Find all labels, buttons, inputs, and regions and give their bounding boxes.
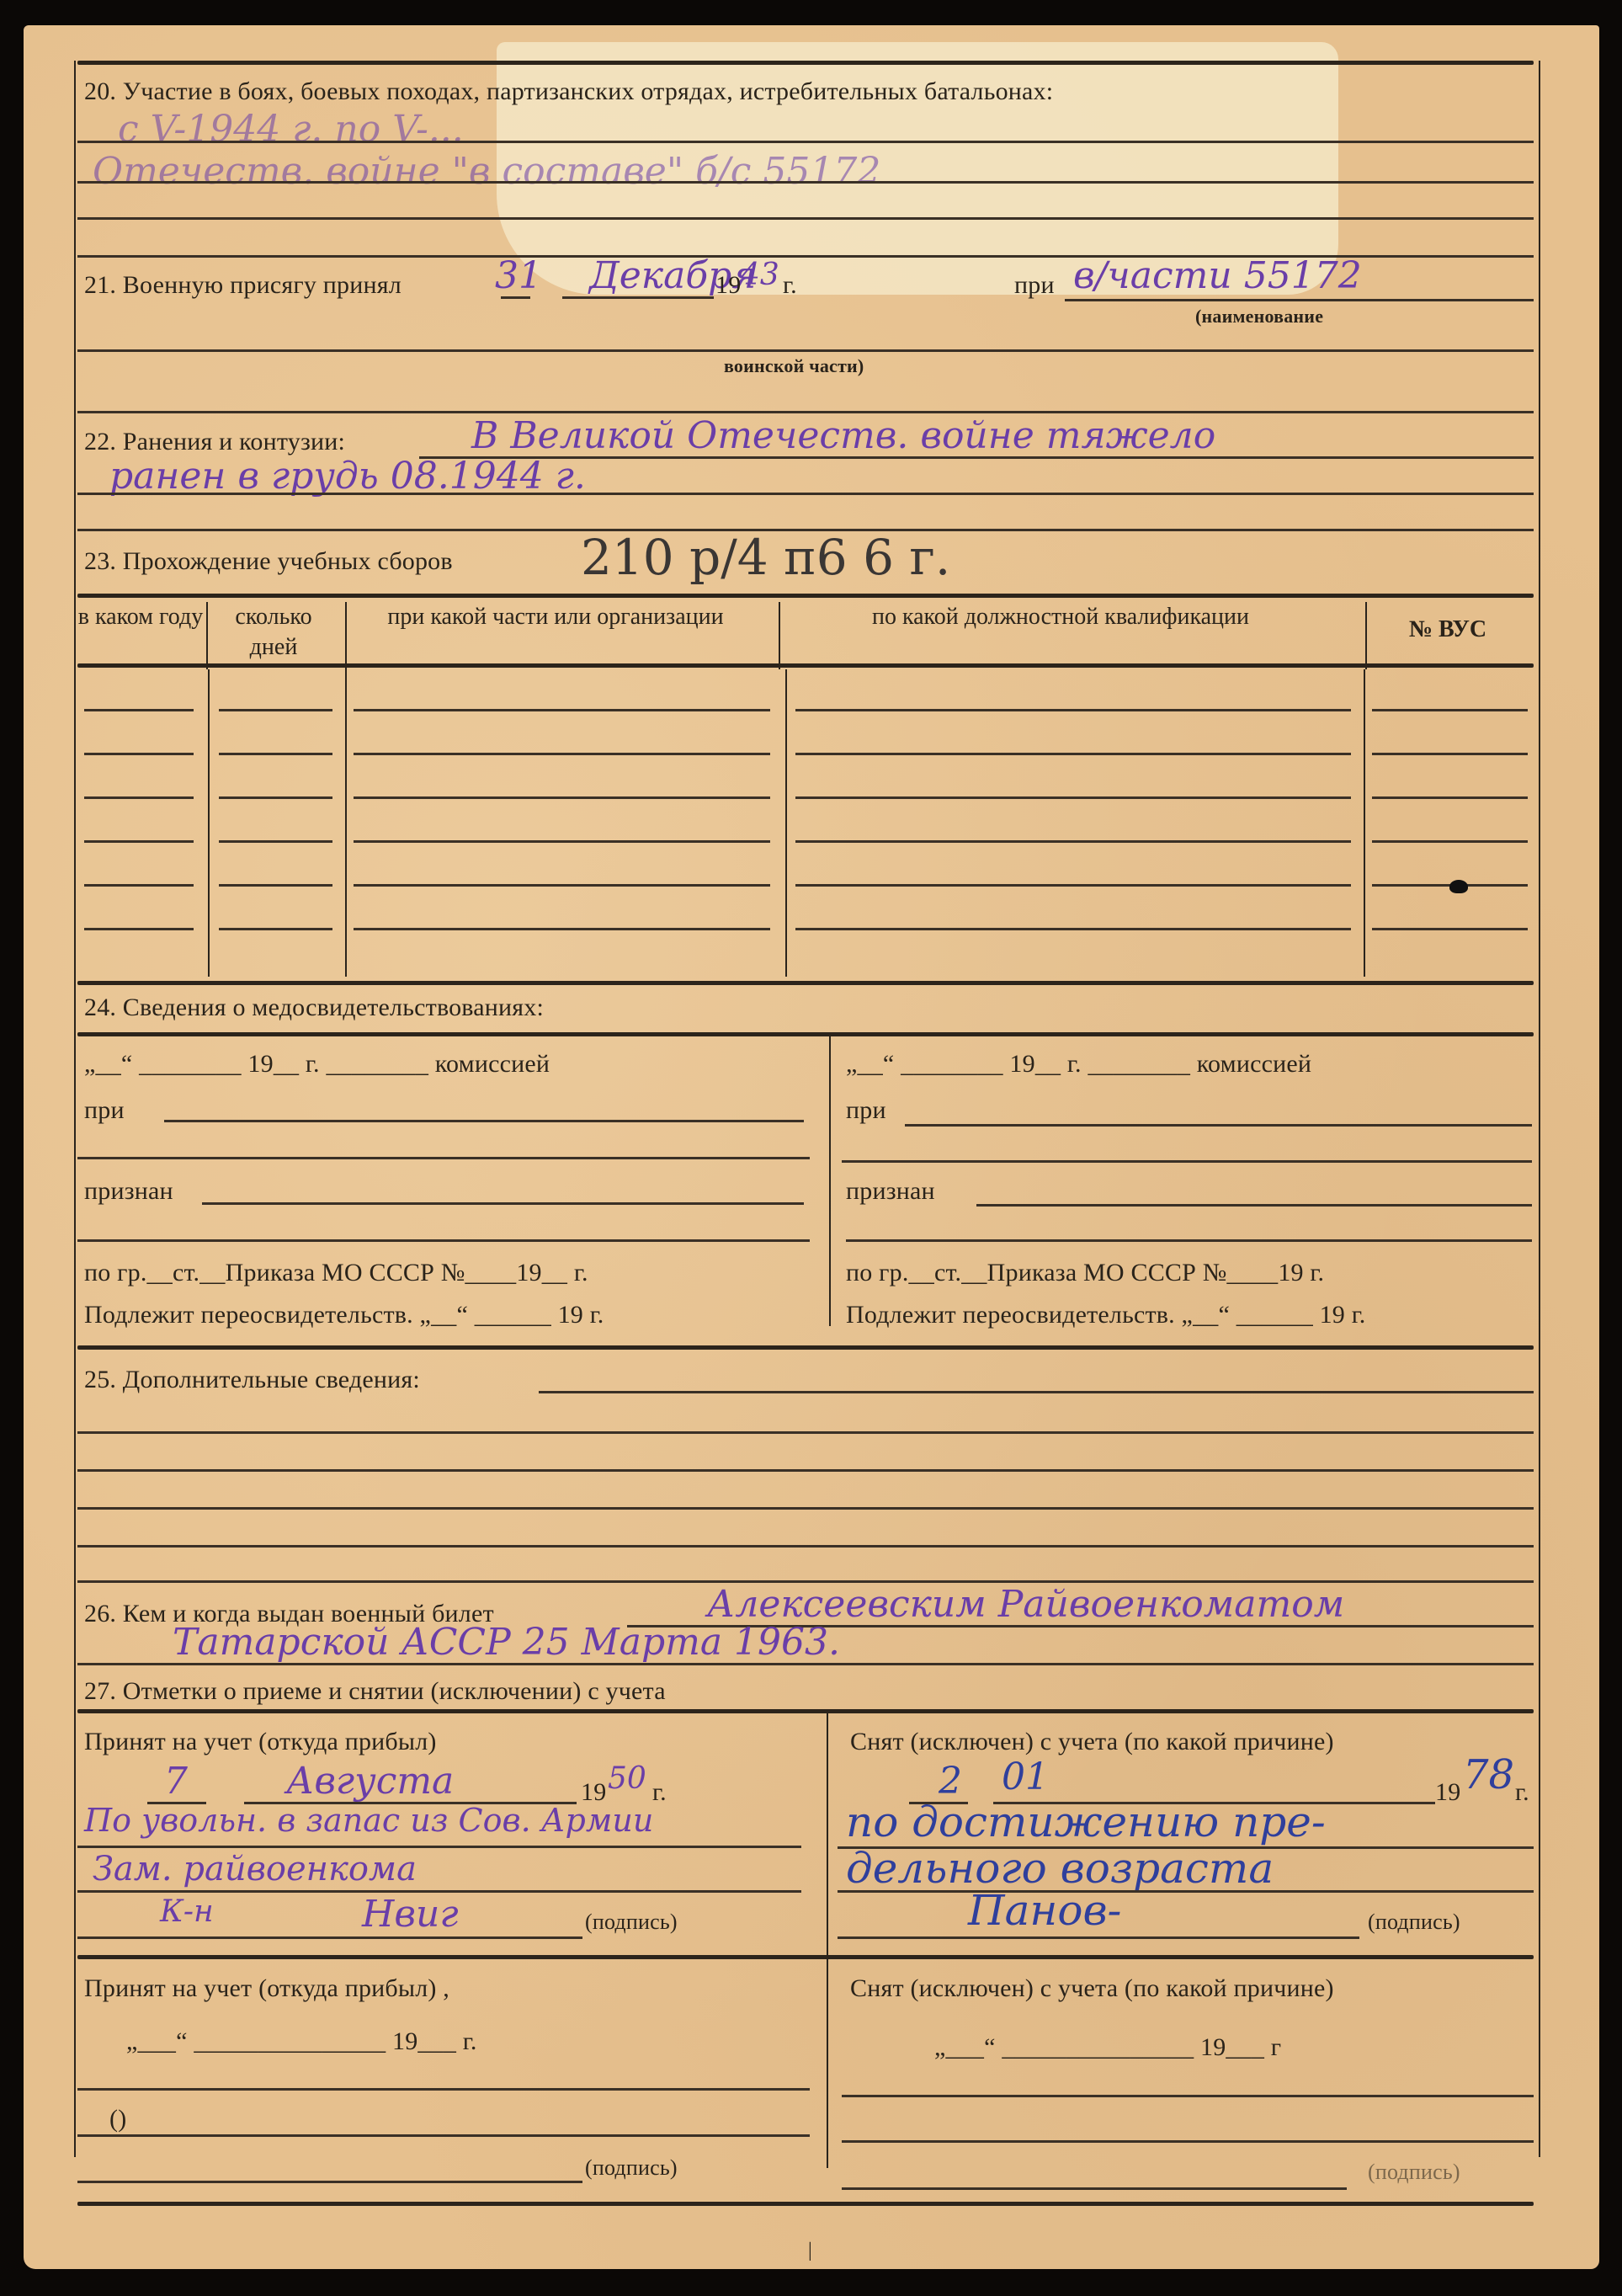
issued-by-hand-line1: Алексеевским Райвоенкоматом bbox=[707, 1583, 1344, 1626]
section-22-label: 22. Ранения и контузии: bbox=[84, 428, 345, 456]
field-line bbox=[842, 1160, 1532, 1163]
column-divider bbox=[827, 1713, 828, 2168]
oath-unit: в/части 55172 bbox=[1073, 254, 1362, 297]
removed1-label: Снят (исключен) с учета (по какой причин… bbox=[850, 1728, 1334, 1756]
field-line bbox=[77, 411, 1534, 413]
field-line bbox=[562, 296, 714, 299]
med-left-priznan: признан bbox=[84, 1177, 173, 1206]
ink-blot bbox=[1449, 880, 1468, 893]
field-line bbox=[164, 1120, 804, 1122]
med-left-pri: при bbox=[84, 1096, 125, 1125]
unit-caption-1: (наименование bbox=[1195, 306, 1323, 328]
divider bbox=[77, 1955, 1534, 1959]
field-line bbox=[846, 1239, 1532, 1242]
field-line bbox=[1065, 299, 1534, 301]
section-23-label: 23. Прохождение учебных сборов bbox=[84, 547, 453, 576]
signature-line bbox=[838, 1936, 1359, 1939]
section-25-label: 25. Дополнительные сведения: bbox=[84, 1366, 420, 1394]
bottom-rule bbox=[77, 2202, 1534, 2206]
divider bbox=[77, 1709, 1534, 1713]
removed2-sign-caption: (подпись) bbox=[1368, 2160, 1460, 2185]
accepted1-hand-line2: Зам. райвоенкома bbox=[93, 1850, 417, 1888]
col-divider bbox=[1365, 602, 1367, 669]
accepted2-label: Принят на учет (откуда прибыл) , bbox=[84, 1974, 449, 2003]
accepted2-sign-caption: (подпись) bbox=[585, 2155, 678, 2181]
med-right-order: по гр.__ст.__Приказа МО СССР №____19 г. bbox=[846, 1259, 1324, 1287]
field-line bbox=[77, 217, 1534, 220]
removed1-sign-caption: (подпись) bbox=[1368, 1910, 1460, 1935]
removed1-year-prefix: 19 bbox=[1435, 1778, 1460, 1807]
med-right-pri: при bbox=[846, 1096, 886, 1125]
divider bbox=[77, 1345, 1534, 1350]
oath-year-g: г. bbox=[783, 271, 797, 300]
med-right-reexam: Подлежит переосвидетельств. „__“ ______ … bbox=[846, 1301, 1366, 1329]
issued-by-hand-line2: Татарской АССР 25 Марта 1963. bbox=[173, 1621, 840, 1664]
signature-line bbox=[842, 2187, 1347, 2190]
wounds-hand-line1: В Великой Отечеств. войне тяжело bbox=[471, 414, 1215, 457]
accepted1-g: г. bbox=[652, 1778, 667, 1807]
field-line bbox=[77, 181, 1534, 184]
section-21-label: 21. Военную присягу принял bbox=[84, 271, 402, 300]
oath-pri: при bbox=[1014, 271, 1055, 300]
wounds-hand-line2: ранен в грудь 08.1944 г. bbox=[109, 455, 586, 498]
field-line bbox=[77, 1239, 810, 1242]
signature-line bbox=[77, 2181, 582, 2183]
oath-day: 31 bbox=[495, 254, 542, 297]
field-line bbox=[419, 456, 1534, 459]
col-divider bbox=[345, 669, 347, 977]
section-24-label: 24. Сведения о медосвидетельствованиях: bbox=[84, 994, 544, 1022]
removed2-date-line: „___“ _______________ 19___ г bbox=[934, 2033, 1281, 2062]
unit-caption-2: воинской части) bbox=[724, 355, 864, 377]
med-left-order: по гр.__ст.__Приказа МО СССР №____19__ г… bbox=[84, 1259, 588, 1287]
accepted1-hand-line1: По увольн. в запас из Сов. Армии bbox=[84, 1802, 653, 1839]
divider bbox=[77, 1032, 1534, 1036]
field-line bbox=[77, 1469, 1534, 1472]
oath-year-prefix: 19 bbox=[715, 271, 741, 300]
col-divider bbox=[206, 602, 208, 669]
removed1-day: 2 bbox=[939, 1760, 962, 1803]
section-20-hand-line1: с V-1944 г. по V-... bbox=[118, 108, 464, 151]
col-header-days: сколько дней bbox=[210, 602, 337, 663]
accepted1-rank: К-н bbox=[160, 1894, 214, 1929]
field-line bbox=[905, 1124, 1532, 1127]
signature-line bbox=[77, 1936, 582, 1939]
col-divider bbox=[1364, 669, 1365, 977]
field-line bbox=[77, 1507, 1534, 1510]
divider bbox=[77, 61, 1534, 65]
col-header-qualification: по какой должностной квалификации bbox=[808, 602, 1313, 632]
field-line bbox=[77, 1545, 1534, 1548]
field-line bbox=[838, 1890, 1534, 1893]
med-left-date-line: „__“ ________ 19__ г. ________ комиссией bbox=[84, 1050, 550, 1079]
med-right-date-line: „__“ ________ 19__ г. ________ комиссией bbox=[846, 1050, 1311, 1079]
med-right-priznan: признан bbox=[846, 1177, 935, 1206]
col-header-vus: № ВУС bbox=[1364, 615, 1532, 645]
field-line bbox=[77, 1431, 1534, 1434]
accepted2-date-line: „___“ _______________ 19___ г. bbox=[126, 2027, 477, 2056]
field-line bbox=[77, 349, 1534, 352]
col-header-year: в каком году bbox=[77, 602, 204, 632]
table-header-rule bbox=[77, 663, 1534, 668]
section-27-label: 27. Отметки о приеме и снятии (исключени… bbox=[84, 1677, 666, 1706]
field-line bbox=[501, 296, 530, 299]
removed1-hand-line1: по достижению пре- bbox=[846, 1798, 1326, 1846]
removed1-month: 01 bbox=[1002, 1755, 1049, 1798]
field-line bbox=[77, 2134, 810, 2137]
accepted1-signature: Нвиг bbox=[362, 1893, 459, 1936]
field-line bbox=[77, 493, 1534, 495]
removed1-signature: Панов- bbox=[968, 1886, 1121, 1935]
field-line bbox=[202, 1202, 804, 1205]
removed1-g: г. bbox=[1515, 1778, 1529, 1807]
col-divider bbox=[785, 669, 787, 977]
col-divider bbox=[779, 602, 780, 669]
accepted1-label: Принят на учет (откуда прибыл) bbox=[84, 1728, 437, 1756]
field-line bbox=[77, 1663, 1534, 1665]
col-header-unit: при какой части или организации bbox=[354, 602, 758, 632]
table-top-rule bbox=[77, 594, 1534, 598]
col-divider bbox=[208, 669, 210, 977]
field-line bbox=[539, 1391, 1534, 1393]
footer-mark: | bbox=[808, 2240, 812, 2262]
section-20-label: 20. Участие в боях, боевых походах, парт… bbox=[84, 77, 1053, 106]
accepted1-sign-caption: (подпись) bbox=[585, 1910, 678, 1935]
accepted1-month: Августа bbox=[286, 1760, 454, 1803]
training-hand: 210 р/4 п6 6 г. bbox=[581, 529, 950, 586]
field-line bbox=[842, 2095, 1534, 2097]
column-divider bbox=[829, 1036, 831, 1326]
accepted1-year-suffix: 50 bbox=[608, 1761, 646, 1796]
divider bbox=[77, 981, 1534, 985]
removed2-label: Снят (исключен) с учета (по какой причин… bbox=[850, 1974, 1334, 2003]
accepted1-day: 7 bbox=[164, 1760, 188, 1803]
field-line bbox=[77, 141, 1534, 143]
col-divider bbox=[345, 602, 347, 669]
med-left-reexam: Подлежит переосвидетельств. „__“ ______ … bbox=[84, 1301, 604, 1329]
accepted2-mark: () bbox=[109, 2105, 126, 2134]
removed1-year-suffix: 78 bbox=[1463, 1751, 1514, 1798]
field-line bbox=[976, 1204, 1532, 1207]
oath-year-suffix: 43 bbox=[741, 258, 779, 292]
field-line bbox=[77, 1846, 801, 1848]
section-20-hand-line2: Отечеств. войне "в составе" б/с 55172 bbox=[93, 150, 880, 193]
field-line bbox=[77, 2088, 810, 2091]
field-line bbox=[77, 1157, 810, 1159]
field-line bbox=[842, 2140, 1534, 2143]
